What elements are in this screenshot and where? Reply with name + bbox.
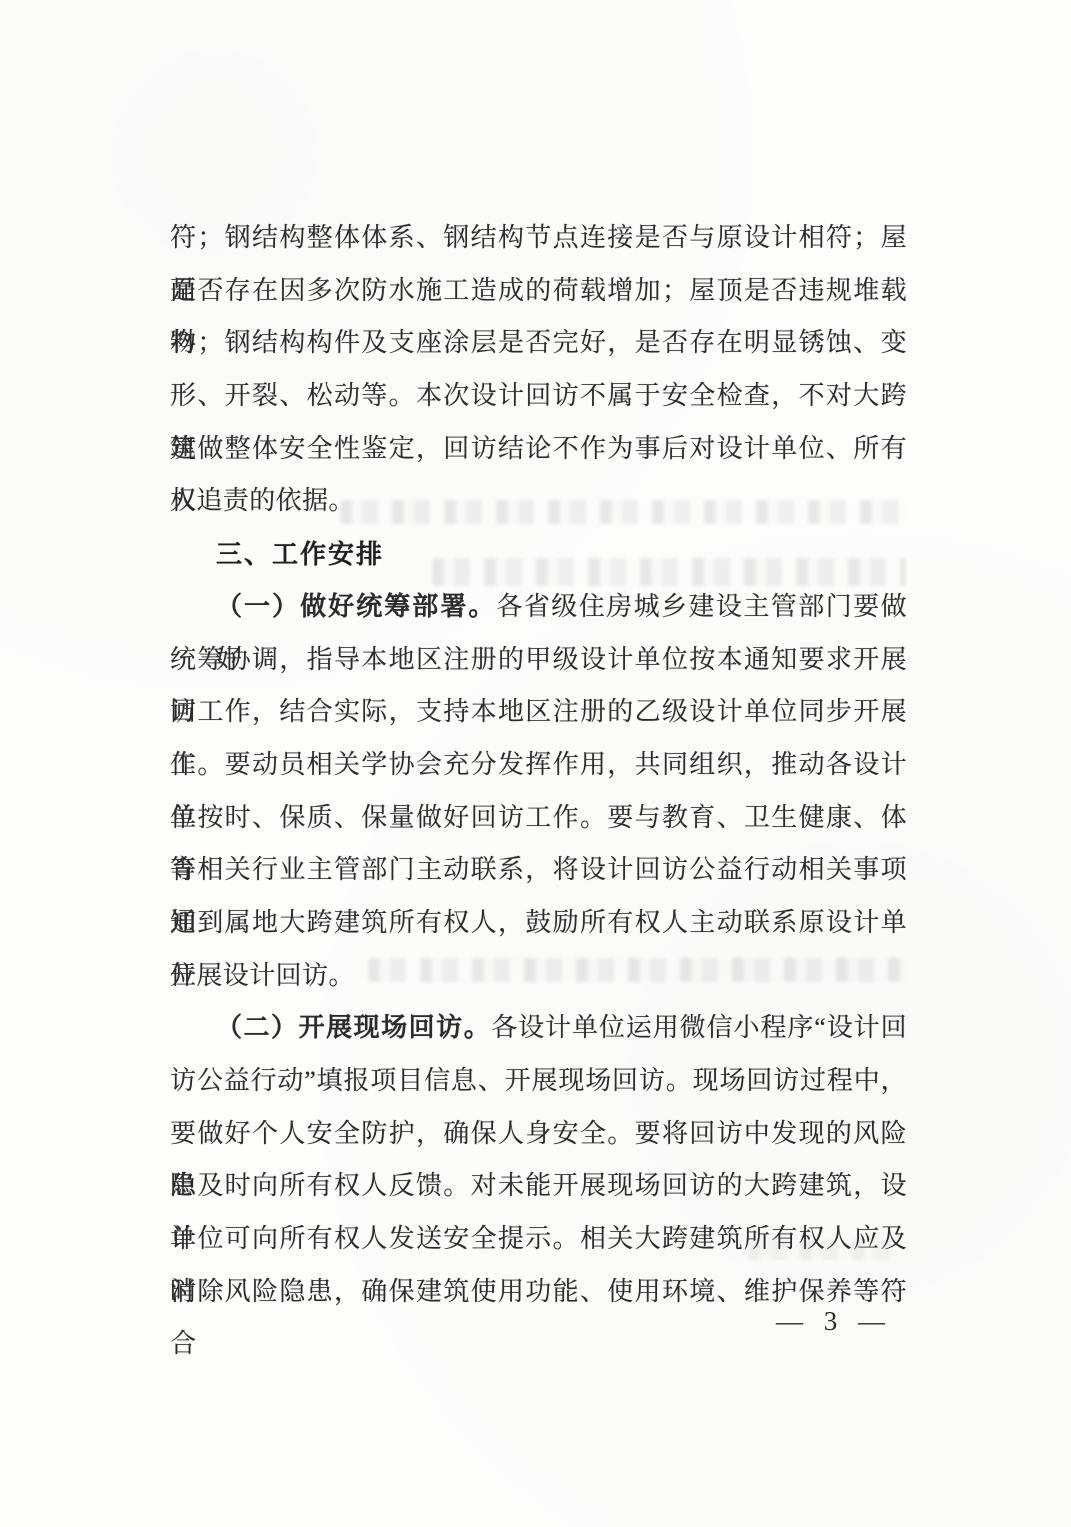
paragraph-lead-in: （二）开展现场回访。 [216,1013,491,1042]
body-text-line: 形、开裂、松动等。本次设计回访不属于安全检查，不对大跨建 [170,370,907,423]
body-text-line: 等相关行业主管部门主动联系，将设计回访公益行动相关事项通 [170,844,907,897]
scanned-document-page: 符；钢结构整体体系、钢结构节点连接是否与原设计相符；屋面 是否存在因多次防水施工… [0,0,1071,1527]
body-text-line: 知到属地大跨建筑所有权人，鼓励所有权人主动联系原设计单位 [170,897,907,950]
body-text-line: 符；钢结构整体体系、钢结构节点连接是否与原设计相符；屋面 [170,212,907,265]
body-text-line: （二）开展现场回访。各设计单位运用微信小程序“设计回 [170,1002,907,1055]
body-text-line: 要做好个人安全防护，确保人身安全。要将回访中发现的风险隐 [170,1108,907,1161]
page-number: — 3 — [776,1306,892,1337]
body-text-line: 筑做整体安全性鉴定，回访结论不作为事后对设计单位、所有权 [170,423,907,476]
body-text-line: 位按时、保质、保量做好回访工作。要与教育、卫生健康、体育 [170,792,907,845]
document-text-block: 符；钢结构整体体系、钢结构节点连接是否与原设计相符；屋面 是否存在因多次防水施工… [170,212,907,1318]
body-text-line: 开展设计回访。 [170,950,907,1003]
body-text-line: 单位可向所有权人发送安全提示。相关大跨建筑所有权人应及时 [170,1213,907,1266]
body-text-line: 作。要动员相关学协会充分发挥作用，共同组织，推动各设计单 [170,739,907,792]
body-text-line: 访公益行动”填报项目信息、开展现场回访。现场回访过程中， [170,1055,907,1108]
body-text-line: 料；钢结构构件及支座涂层是否完好，是否存在明显锈蚀、变 [170,317,907,370]
body-text-line: 访工作，结合实际，支持本地区注册的乙级设计单位同步开展工 [170,686,907,739]
body-text-line: 人追责的依据。 [170,475,907,528]
paragraph-first-line-text: 各设计单位运用微信小程序“设计回 [491,1013,907,1042]
paragraph-lead-in: （一）做好统筹部署。 [216,592,496,621]
body-text-line: 统筹协调，指导本地区注册的甲级设计单位按本通知要求开展回 [170,634,907,687]
body-text-line: 患及时向所有权人反馈。对未能开展现场回访的大跨建筑，设计 [170,1160,907,1213]
body-text-line: 是否存在因多次防水施工造成的荷载增加；屋顶是否违规堆载物 [170,265,907,318]
body-text-line: （一）做好统筹部署。各省级住房城乡建设主管部门要做好 [170,581,907,634]
section-heading: 三、工作安排 [170,528,907,581]
